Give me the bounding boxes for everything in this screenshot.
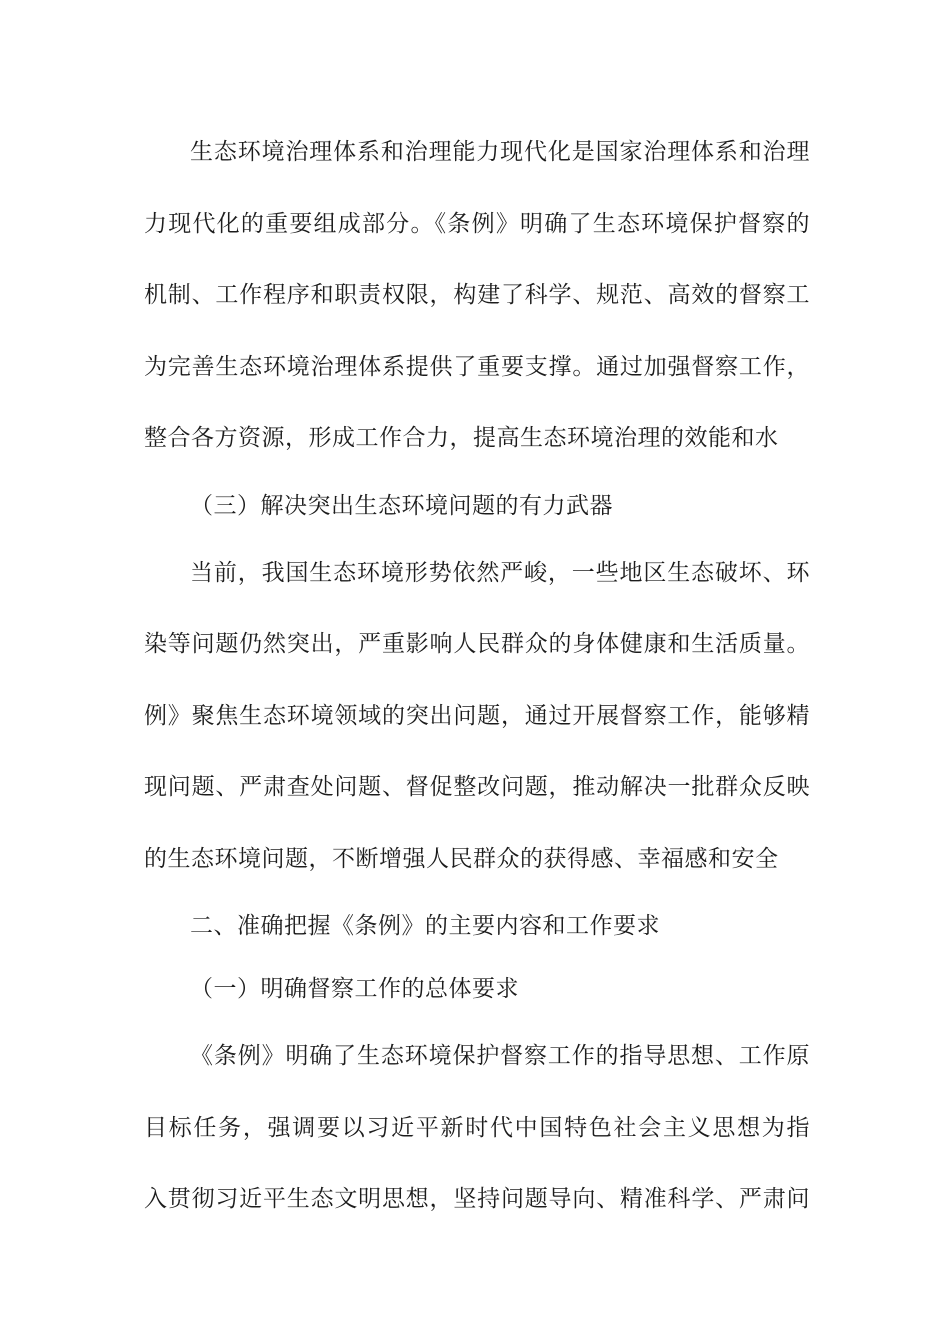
text-line: 当前，我国生态环境形势依然严峻，一些地区生态破坏、环境污: [144, 537, 810, 609]
document-body: 生态环境治理体系和治理能力现代化是国家治理体系和治理能力现代化的重要组成部分。《…: [144, 116, 810, 1235]
text-line: 例》聚焦生态环境领域的突出问题，通过开展督察工作，能够精准发: [144, 680, 810, 752]
text-line: 为完善生态环境治理体系提供了重要支撑。通过加强督察工作，能够: [144, 331, 810, 403]
text-line: 整合各方资源，形成工作合力，提高生态环境治理的效能和水平。: [144, 402, 810, 474]
document-page: 生态环境治理体系和治理能力现代化是国家治理体系和治理能力现代化的重要组成部分。《…: [0, 0, 950, 1344]
heading-line: （三）解决突出生态环境问题的有力武器: [144, 474, 810, 537]
text-line: 目标任务，强调要以习近平新时代中国特色社会主义思想为指导，深: [144, 1092, 810, 1164]
text-line: 力现代化的重要组成部分。《条例》明确了生态环境保护督察的体制: [144, 188, 810, 260]
text-line: 机制、工作程序和职责权限，构建了科学、规范、高效的督察工作体系，: [144, 259, 810, 331]
text-line: 《条例》明确了生态环境保护督察工作的指导思想、工作原则和: [144, 1020, 810, 1092]
heading-line: 二、准确把握《条例》的主要内容和工作要求: [144, 894, 810, 957]
text-line: 生态环境治理体系和治理能力现代化是国家治理体系和治理能: [144, 116, 810, 188]
text-line: 的生态环境问题，不断增强人民群众的获得感、幸福感和安全感。: [144, 823, 810, 895]
heading-line: （一）明确督察工作的总体要求: [144, 957, 810, 1020]
text-line: 现问题、严肃查处问题、督促整改问题，推动解决一批群众反映强烈: [144, 751, 810, 823]
text-line: 入贯彻习近平生态文明思想，坚持问题导向、精准科学、严肃问责，以: [144, 1163, 810, 1235]
text-line: 染等问题仍然突出，严重影响人民群众的身体健康和生活质量。《条: [144, 608, 810, 680]
